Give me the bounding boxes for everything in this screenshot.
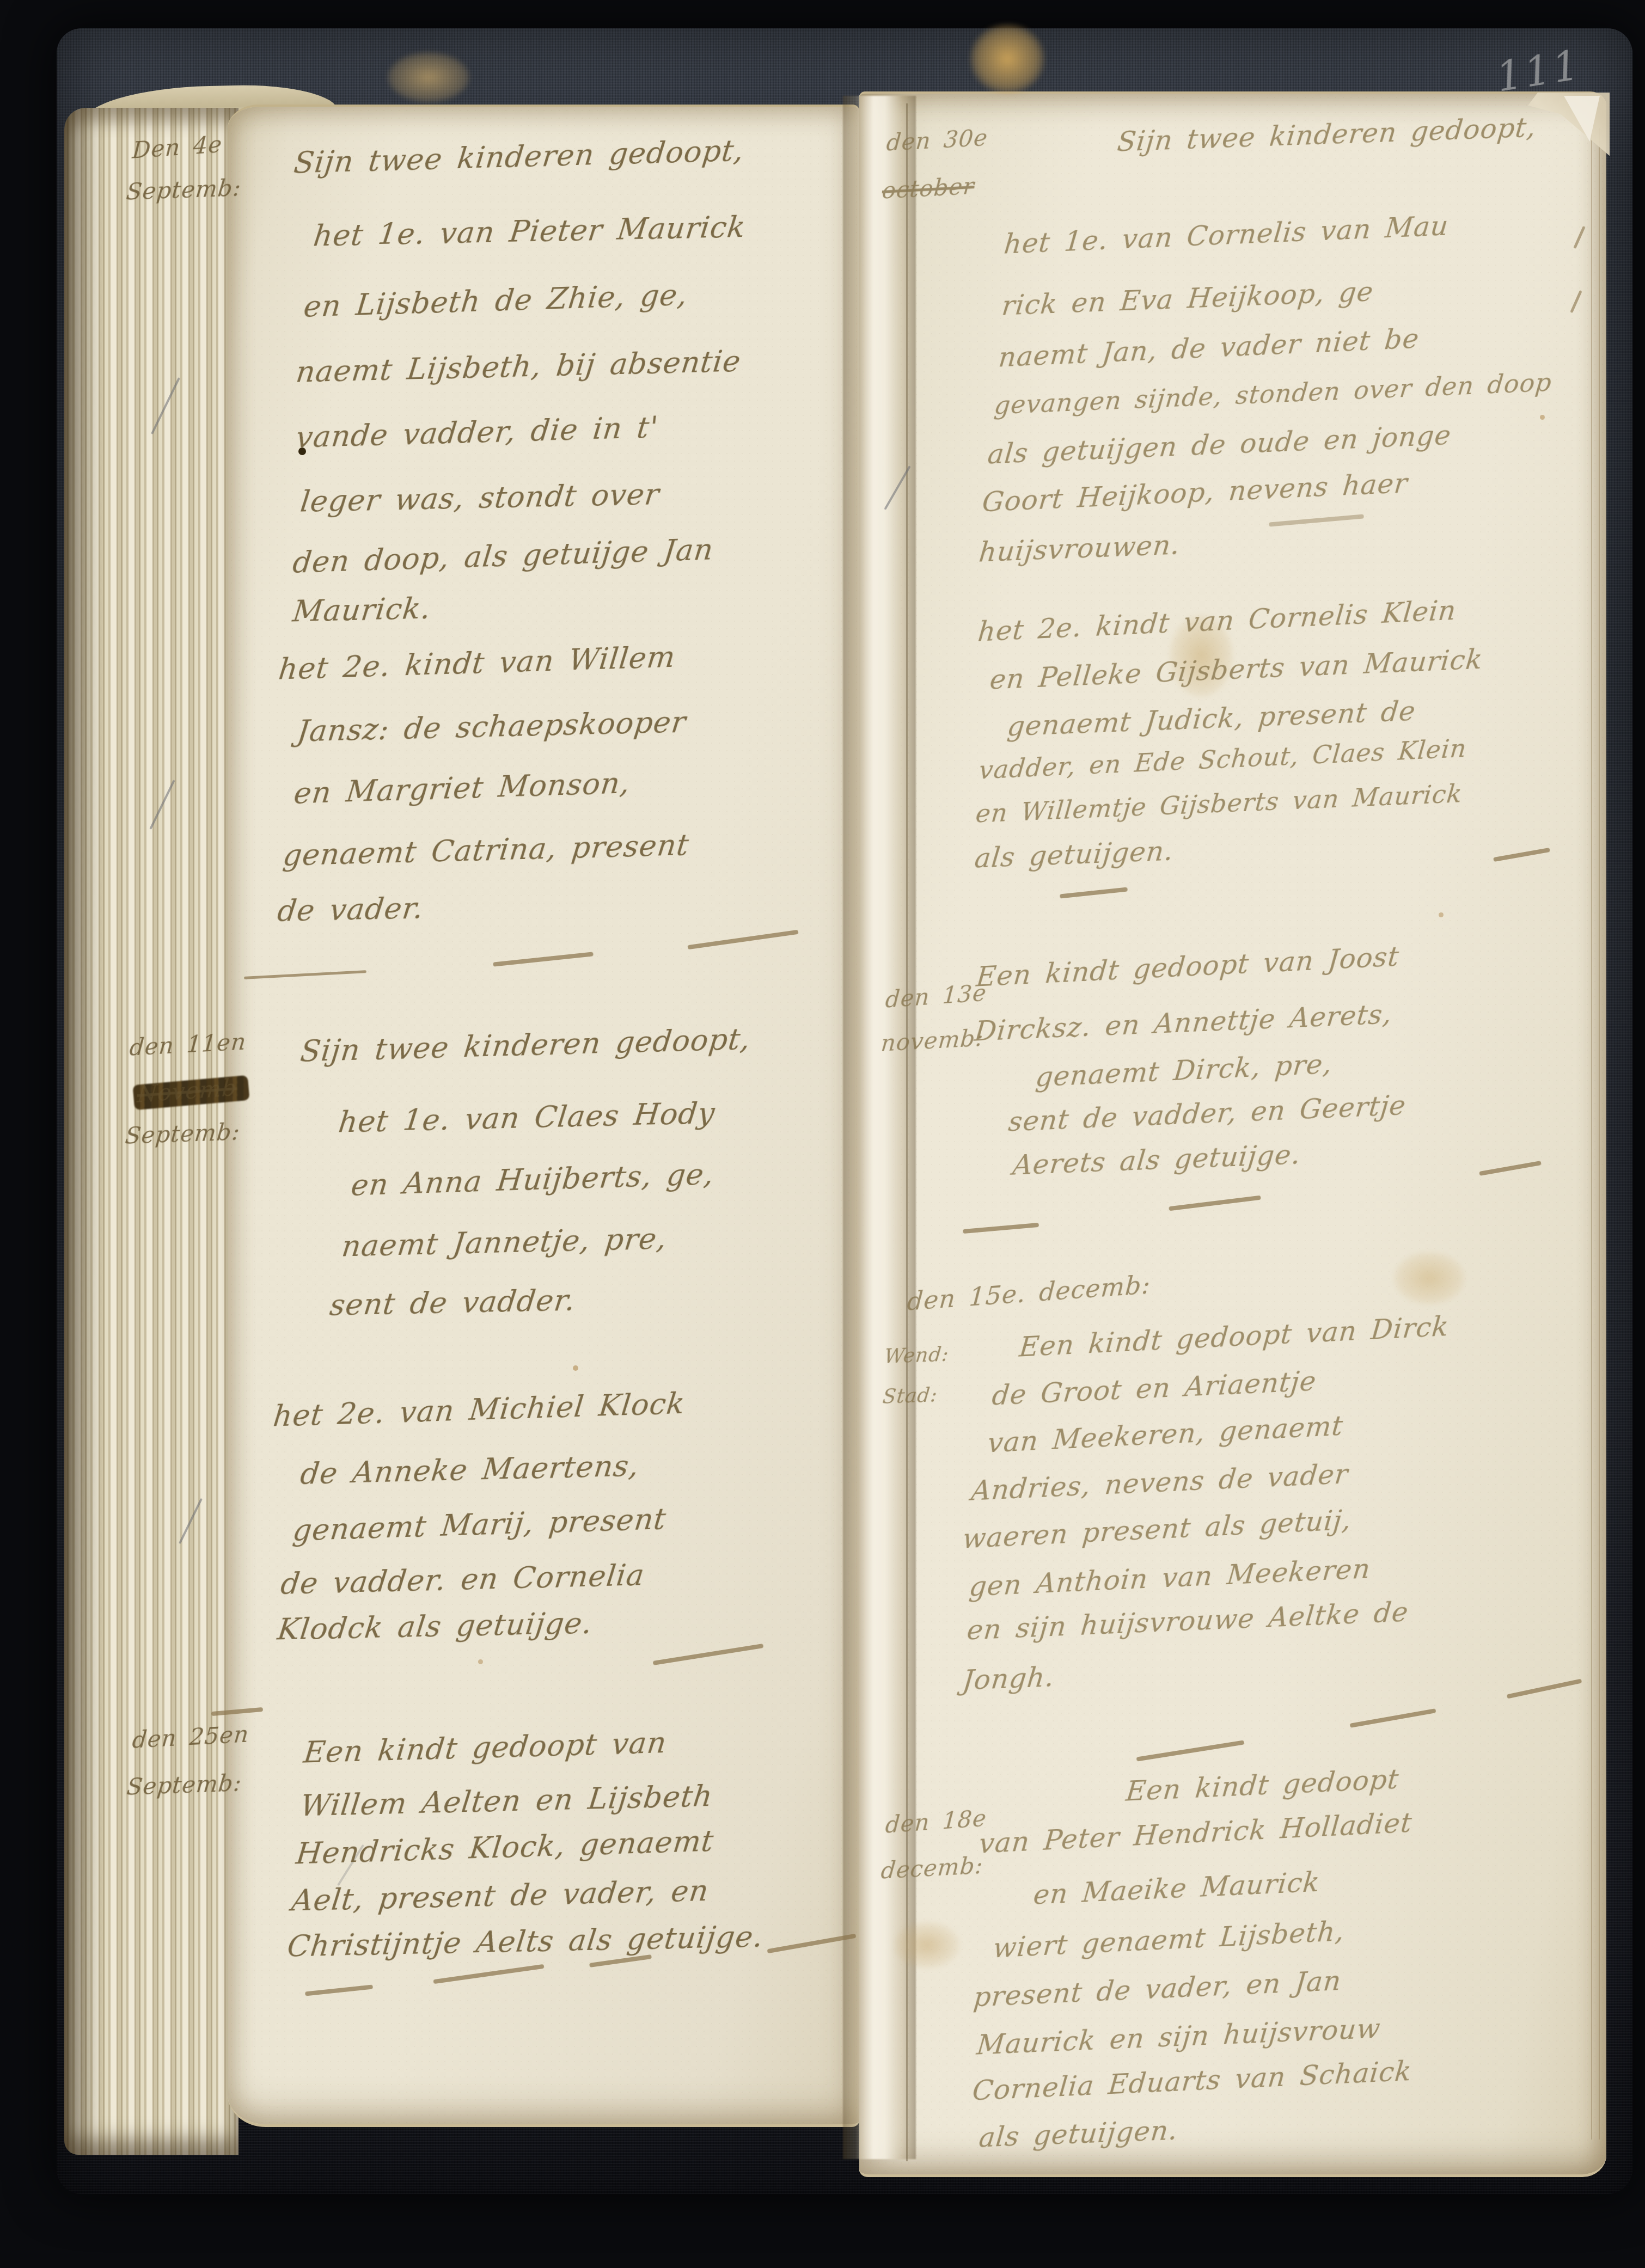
margin-place: Stad:: [882, 1384, 939, 1408]
margin-date: Septemb:: [125, 175, 242, 206]
gutter-shadow-line: [906, 103, 908, 2161]
manuscript-line: de vader.: [276, 891, 425, 928]
foxing-spot: [573, 1365, 578, 1371]
margin-date-crossed: october: [881, 173, 976, 204]
manuscript-line: Jongh.: [961, 1661, 1056, 1696]
paper-stain: [1394, 1252, 1465, 1304]
paper-stain: [388, 52, 469, 102]
margin-date: Septemb:: [124, 1119, 241, 1150]
manuscript-line: Maurick.: [291, 591, 433, 629]
margin-date: decemb:: [880, 1852, 984, 1884]
margin-date: novemb:: [880, 1025, 985, 1057]
manuscript-line: Klodck als getuijge.: [276, 1606, 594, 1647]
foxing-spot: [1540, 415, 1545, 420]
foxing-spot: [1439, 912, 1444, 917]
margin-place: Wend:: [883, 1344, 950, 1368]
book-gutter: [843, 96, 916, 2159]
margin-date: Septemb:: [125, 1770, 243, 1801]
paper-stain: [894, 1922, 959, 1969]
margin-date: den 30e: [885, 124, 989, 156]
paper-stain: [970, 24, 1044, 94]
foxing-spot: [478, 1659, 483, 1664]
manuscript-line: sent de vadder.: [328, 1283, 577, 1322]
page-crease: [1599, 128, 1600, 2140]
page-crease: [1591, 125, 1592, 2140]
manuscript-scan: 111 Den 4e Septemb: Sijn twee kinderen g…: [0, 0, 1645, 2268]
